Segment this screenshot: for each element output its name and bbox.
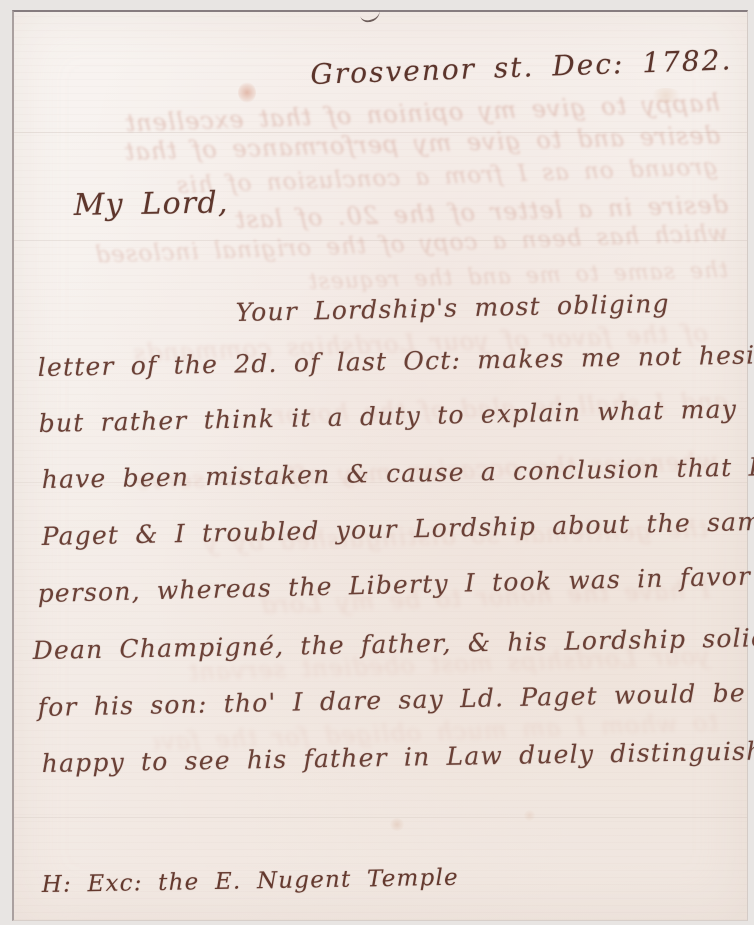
- body-line: but rather think it a duty to explain wh…: [38, 394, 737, 438]
- crease-line: [14, 817, 747, 818]
- scanned-letter: happy to give my opinion of that excelle…: [0, 0, 754, 925]
- fox-spot: [650, 88, 682, 103]
- body-line: for his son: tho' I dare say Ld. Paget w…: [37, 678, 746, 722]
- crease-line: [14, 132, 747, 133]
- body-line: Paget & I troubled your Lordship about t…: [41, 507, 754, 551]
- fox-spot: [238, 82, 256, 103]
- salutation: My Lord,: [73, 185, 228, 223]
- body-line: have been mistaken & cause a conclusion …: [41, 452, 754, 494]
- crease-line: [14, 240, 747, 241]
- body-line: Your Lordship's most obliging: [235, 289, 670, 327]
- body-line: happy to see his father in Law duely dis…: [41, 736, 754, 778]
- fox-spot: [524, 810, 535, 821]
- showthrough-line: desire and to give my performance of tha…: [92, 121, 721, 167]
- ink-mark: [359, 3, 381, 24]
- fox-spot: [390, 818, 404, 831]
- showthrough-line: happy to give my opinion of that excelle…: [72, 89, 721, 140]
- paper-sheet: happy to give my opinion of that excelle…: [12, 10, 748, 921]
- body-line: letter of the 2d. of last Oct: makes me …: [37, 339, 754, 382]
- body-line: Dean Champigné, the father, & his Lordsh…: [32, 622, 754, 665]
- showthrough-line: which has been a copy of the original in…: [64, 220, 729, 269]
- showthrough-line: ground on as I from a conclusion of his: [152, 154, 719, 200]
- address-line: H: Exc: the E. Nugent Temple: [42, 865, 460, 898]
- dateline: Grosvenor st. Dec: 1782.: [310, 43, 733, 91]
- body-line: person, whereas the Liberty I took was i…: [37, 561, 754, 608]
